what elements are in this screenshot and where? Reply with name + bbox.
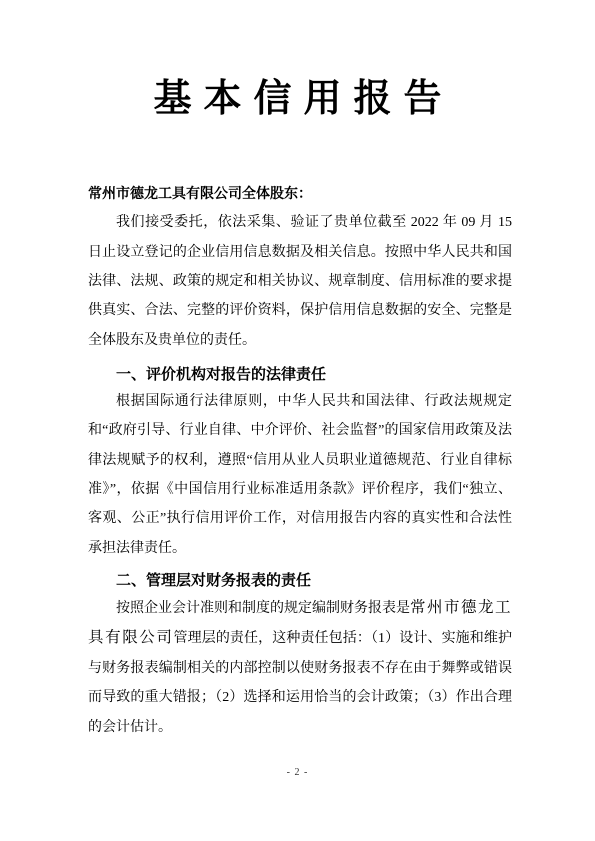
section-1-body: 根据国际通行法律原则，中华人民共和国法律、行政法规规定和“政府引导、行业自律、中… [88, 387, 512, 563]
page-number: - 2 - [0, 766, 595, 780]
section-1-heading: 一、评价机构对报告的法律责任 [88, 362, 512, 387]
section-2-body: 按照企业会计准则和制度的规定编制财务报表是常州市德龙工具有限公司管理层的责任，这… [88, 593, 512, 742]
section-2-body-suffix: 管理层的责任，这种责任包括：（1）设计、实施和维护与财务报表编制相关的内部控制以… [88, 631, 512, 734]
salutation-line: 常州市德龙工具有限公司全体股东： [88, 179, 512, 208]
report-body: 常州市德龙工具有限公司全体股东： 我们接受委托，依法采集、验证了贵单位截至 20… [88, 179, 512, 742]
section-2-body-prefix: 按照企业会计准则和制度的规定编制财务报表是 [116, 601, 410, 616]
intro-paragraph: 我们接受委托，依法采集、验证了贵单位截至 2022 年 09 月 15 日止设立… [88, 208, 512, 355]
report-title: 基本信用报告 [0, 76, 595, 122]
report-page: 基本信用报告 常州市德龙工具有限公司全体股东： 我们接受委托，依法采集、验证了贵… [0, 0, 595, 841]
section-2-heading: 二、管理层对财务报表的责任 [88, 568, 512, 593]
